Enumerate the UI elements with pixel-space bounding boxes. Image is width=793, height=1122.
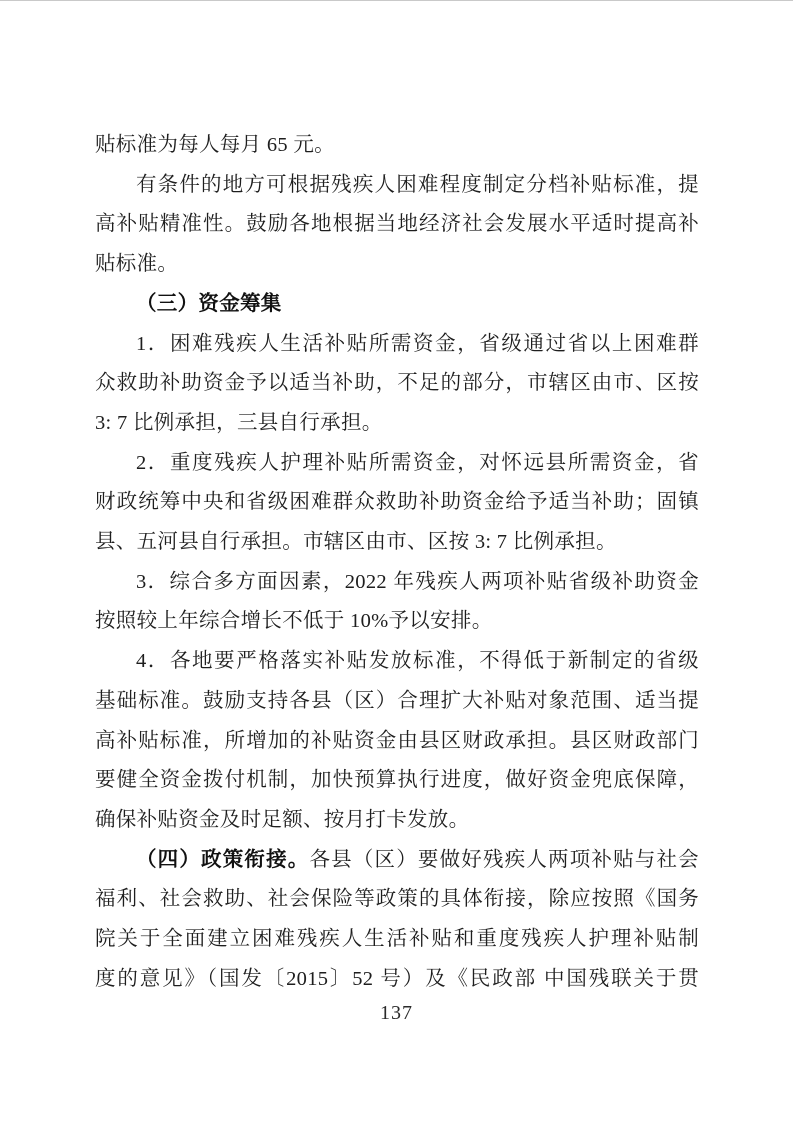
text-line: 4．各地要严格落实补贴发放标准，不得低于新制定的省级 [95,642,699,682]
document-body: 贴标准为每人每月 65 元。有条件的地方可根据残疾人困难程度制定分档补贴标准，提… [95,126,699,999]
text-line: 1．困难残疾人生活补贴所需资金，省级通过省以上困难群 [95,325,699,365]
heading-run: （四）政策衔接。 [136,849,310,871]
section-heading-line: （四）政策衔接。各县（区）要做好残疾人两项补贴与社会 [95,841,699,881]
text-line: 3: 7 比例承担，三县自行承担。 [95,404,699,444]
text-line: 财政统筹中央和省级困难群众救助补助资金给予适当补助；固镇 [95,483,699,523]
text-line: 贴标准。 [95,245,699,285]
text-line: 确保补贴资金及时足额、按月打卡发放。 [95,801,699,841]
text-line: 众救助补助资金予以适当补助，不足的部分，市辖区由市、区按 [95,364,699,404]
text-line: 按照较上年综合增长不低于 10%予以安排。 [95,602,699,642]
text-line: 县、五河县自行承担。市辖区由市、区按 3: 7 比例承担。 [95,523,699,563]
text-line: 高补贴标准，所增加的补贴资金由县区财政承担。县区财政部门 [95,722,699,762]
text-line: 度的意见》（国发〔2015〕52 号）及《民政部 中国残联关于贯 [95,960,699,1000]
text-run: 各县（区）要做好残疾人两项补贴与社会 [310,849,700,871]
page-number: 137 [380,1002,413,1024]
text-line: 基础标准。鼓励支持各县（区）合理扩大补贴对象范围、适当提 [95,682,699,722]
text-line: 有条件的地方可根据残疾人困难程度制定分档补贴标准，提 [95,166,699,206]
text-line: 院关于全面建立困难残疾人生活补贴和重度残疾人护理补贴制 [95,920,699,960]
section-heading-line: （三）资金筹集 [95,285,699,325]
page-top-edge [0,0,793,1]
text-line: 贴标准为每人每月 65 元。 [95,126,699,166]
text-line: 高补贴精准性。鼓励各地根据当地经济社会发展水平适时提高补 [95,205,699,245]
page-footer: 137 [0,1002,793,1025]
text-line: 要健全资金拨付机制，加快预算执行进度，做好资金兜底保障， [95,761,699,801]
document-page: 贴标准为每人每月 65 元。有条件的地方可根据残疾人困难程度制定分档补贴标准，提… [0,0,793,1122]
text-line: 2．重度残疾人护理补贴所需资金，对怀远县所需资金，省 [95,444,699,484]
text-line: 3．综合多方面因素，2022 年残疾人两项补贴省级补助资金 [95,563,699,603]
text-line: 福利、社会救助、社会保险等政策的具体衔接，除应按照《国务 [95,880,699,920]
